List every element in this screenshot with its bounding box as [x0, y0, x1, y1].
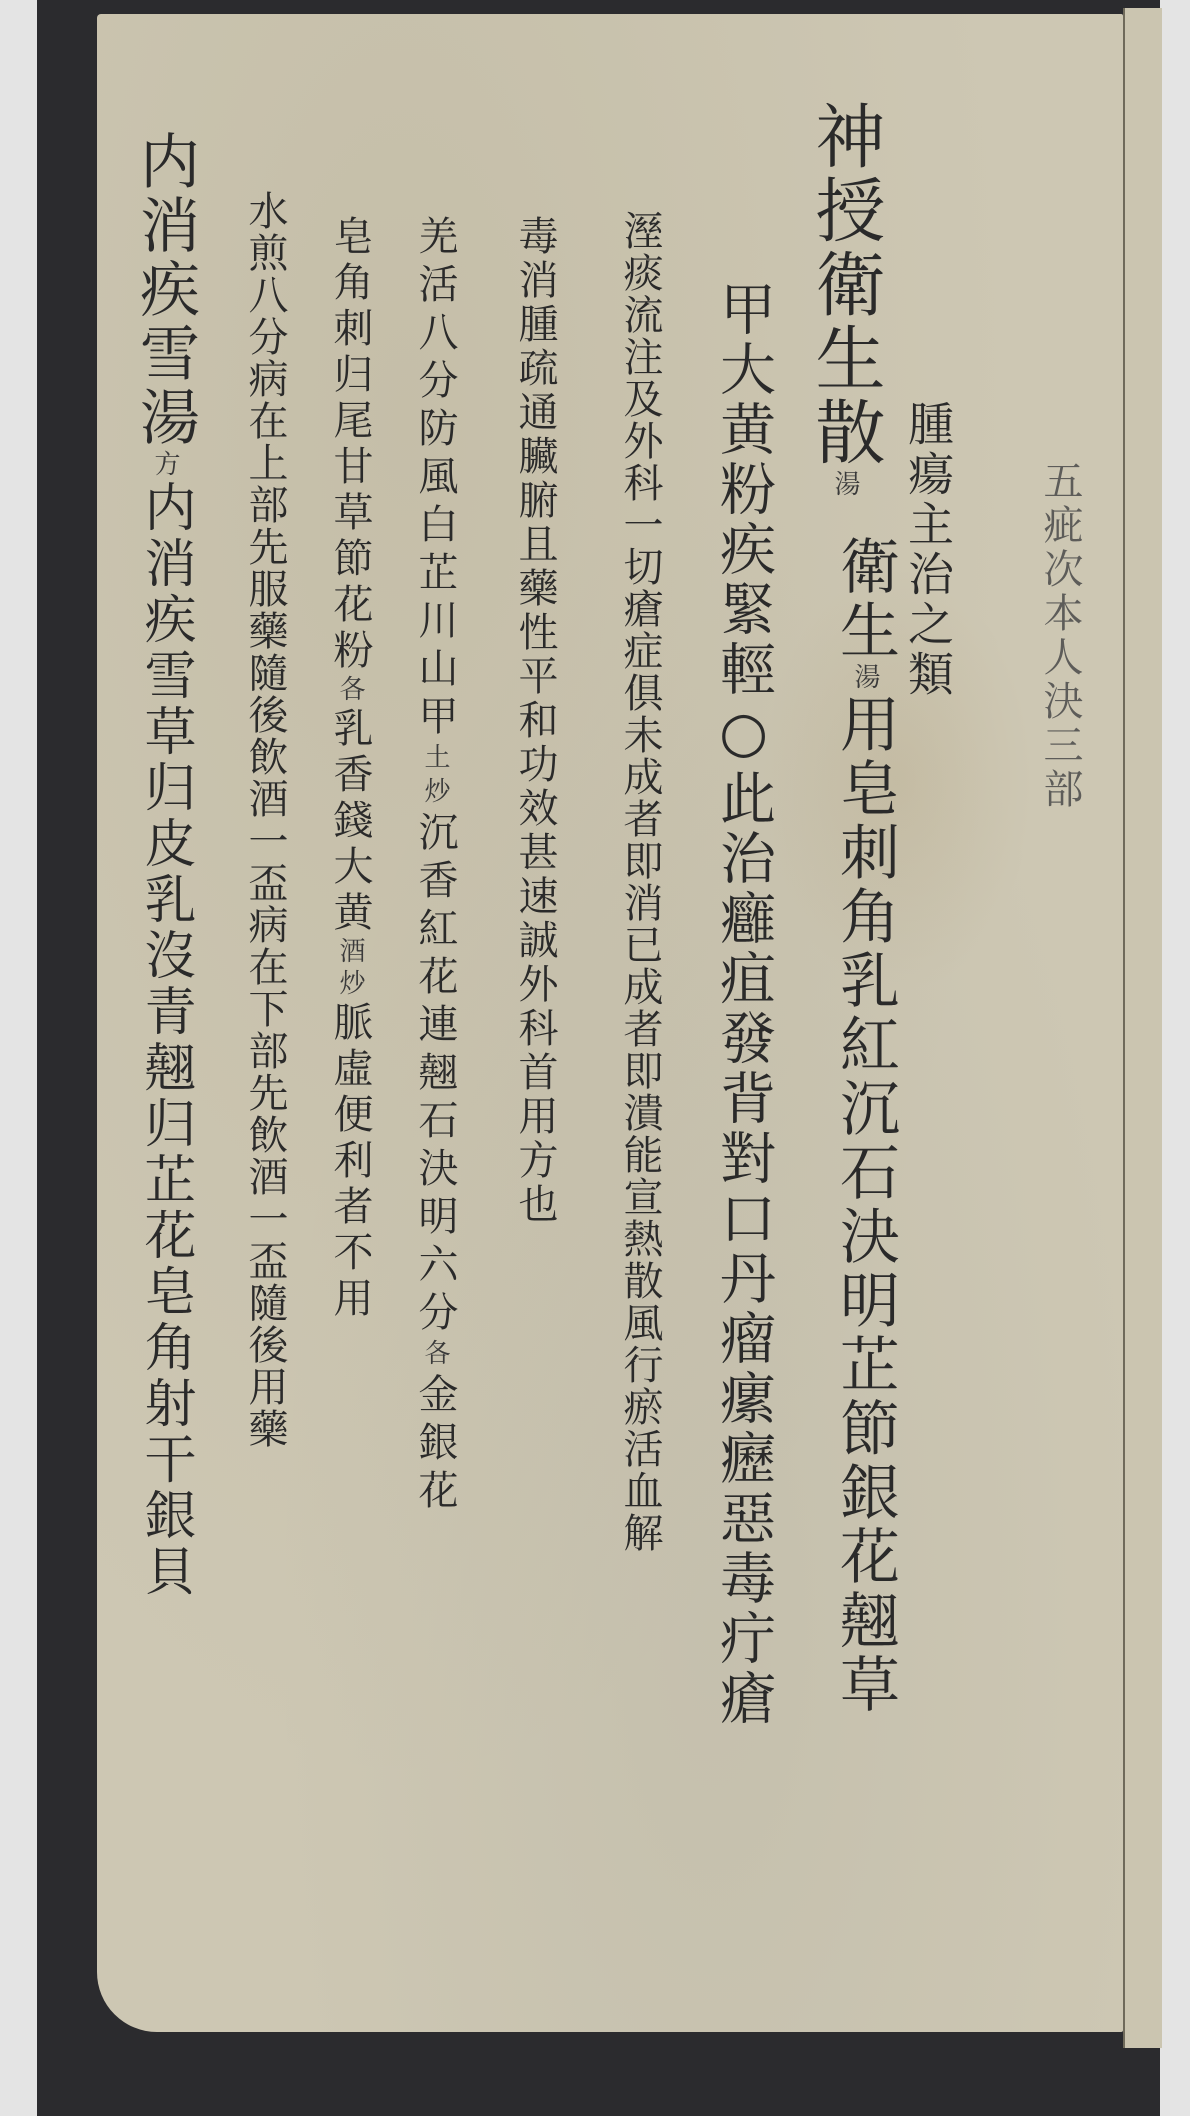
- column-1-title: 神授衛生散湯: [815, 100, 875, 500]
- column-3: 甲大黄粉疾緊輕○此治癰疽發背對口丹瘤瘰癧惡毒疔瘡: [715, 280, 771, 1729]
- column-2-cont: 用皂刺角乳紅沉石決明芷節銀花翹草: [830, 693, 900, 1717]
- column-6-text: 羌活八分防風白芷川山甲: [412, 215, 458, 743]
- section-heading: 腫瘍主治之類: [905, 400, 951, 700]
- column-9-note: 方: [150, 450, 180, 480]
- page-fold-strip: [1123, 8, 1162, 2048]
- column-6-note1: 土炒: [420, 743, 450, 811]
- column-2: 衛生湯用皂刺角乳紅沉石決明芷節銀花翹草: [835, 535, 895, 1717]
- column-1-text: 神授衛生散: [804, 100, 886, 470]
- column-4: 溼痰流注及外科一切瘡症俱未成者即消已成者即潰能宣熱散風行瘀活血解: [620, 210, 660, 1554]
- column-7-note2: 酒炒: [335, 937, 365, 1001]
- column-9-text: 内消疾雪湯: [130, 130, 200, 450]
- column-9-cont: 内消疾雪草归皮乳沒青翹归芷花皂角射干銀貝: [135, 480, 195, 1600]
- column-6-cont: 沉香紅花連翹石決明六分: [412, 811, 458, 1339]
- column-7-text: 皂角刺归尾甘草節花粉: [327, 215, 373, 675]
- column-7: 皂角刺归尾甘草節花粉各乳香錢大黄酒炒脈虛便利者不用: [330, 215, 370, 1323]
- column-2-text: 衛生: [830, 535, 900, 663]
- column-8: 水煎八分病在上部先服藥隨後飲酒一盃病在下部先飲酒一盃隨後用藥: [245, 190, 285, 1450]
- margin-note: 五疵次本人決三部: [1040, 460, 1080, 812]
- column-6-cont2: 金銀花: [412, 1373, 458, 1517]
- column-7-cont: 乳香錢大黄: [327, 707, 373, 937]
- column-1-note: 湯: [830, 470, 860, 500]
- column-7-cont2: 脈虛便利者不用: [327, 1001, 373, 1323]
- column-6-note2: 各: [420, 1339, 450, 1373]
- column-5: 毒消腫疏通臟腑且藥性平和功效甚速誠外科首用方也: [515, 215, 555, 1227]
- column-7-note1: 各: [335, 675, 365, 707]
- column-6: 羌活八分防風白芷川山甲土炒沉香紅花連翹石決明六分各金銀花: [415, 215, 455, 1517]
- column-2-note: 湯: [850, 663, 880, 693]
- column-9: 内消疾雪湯方内消疾雪草归皮乳沒青翹归芷花皂角射干銀貝: [135, 130, 195, 1600]
